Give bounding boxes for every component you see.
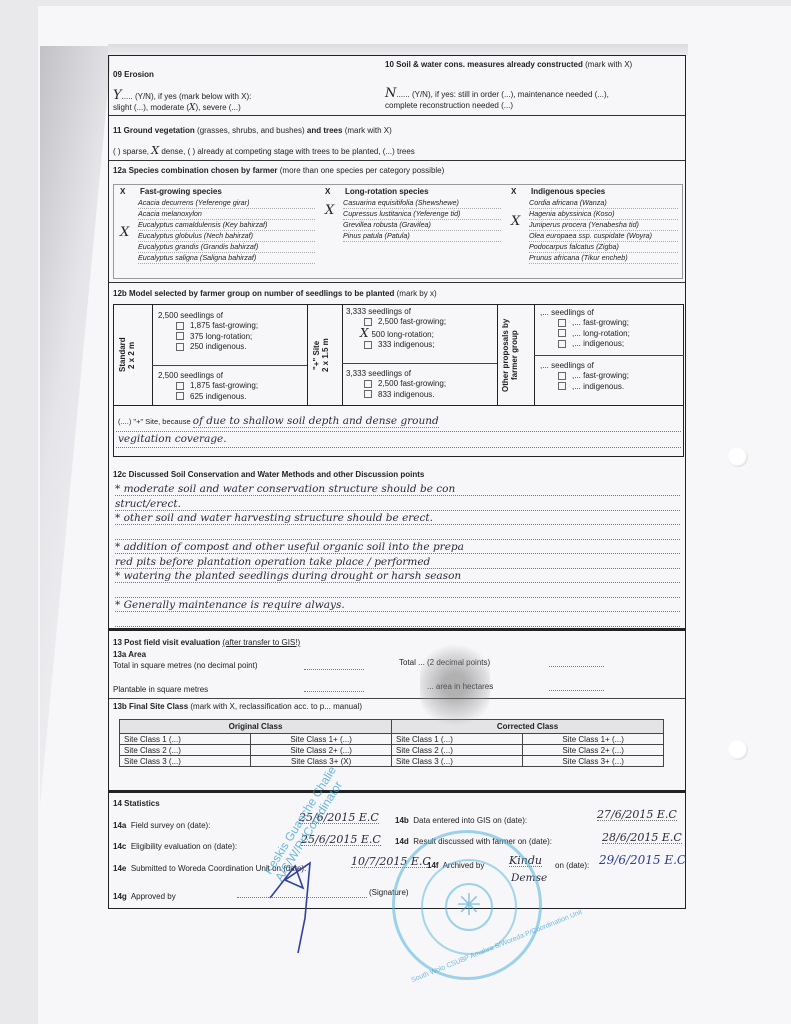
erosion-answer-line: Y..... (Y/N), if yes (mark below with X)… [113,91,251,102]
seedling-model-option[interactable]: ,... long-rotation; [540,329,630,339]
archived-on-label: on (date): [555,861,589,871]
plus-site-label: "+" Site2 x 1.5 m [312,305,340,405]
erosion-title: 09 Erosion [113,70,154,80]
result-discussed-date[interactable]: 28/6/2015 E.C [602,833,682,844]
erosion-answer[interactable]: Y [113,88,122,103]
total-sqm-label: Total in square metres (no decimal point… [113,661,258,671]
post-field-title: 13 Post field visit evaluation (after tr… [113,638,300,648]
seedling-model-option[interactable]: ,... fast-growing; [540,318,630,328]
signature-scribble-icon [265,858,325,958]
site-class-option[interactable]: Site Class 2 (...) [391,745,522,756]
checkbox[interactable] [176,382,184,390]
standard-option-a[interactable]: 2,500 seedlings of1,875 fast-growing;375… [158,311,258,352]
round-stamp: ✳ South Wolo CSUBP Amahra S/Woreda P/Coo… [392,830,542,980]
site-class-option[interactable]: Site Class 3 (...) [391,756,522,767]
discussion-line[interactable]: struct/erect. [115,498,680,511]
seedling-model-heading: ,... seedlings of [540,308,630,318]
site-class-row: Site Class 1 (...)Site Class 1+ (...)Sit… [120,734,664,745]
seedling-model-option[interactable]: 1,875 fast-growing; [158,381,258,391]
dense-mark[interactable]: X [151,144,159,157]
discussion-title: 12c Discussed Soil Conservation and Wate… [113,470,424,480]
ground-vegetation-title: 11 Ground vegetation (grasses, shrubs, a… [113,126,392,136]
discussion-line[interactable]: * moderate soil and water conservation s… [115,483,680,496]
species-option[interactable]: Eucalyptus grandis (Grandis bahirzaf) [138,242,315,253]
plantable-sqm-label: Plantable in square metres [113,685,208,695]
seedling-model-heading: 3,333 seedlings of [346,369,446,379]
seedling-model-option[interactable]: 375 long-rotation; [158,332,258,342]
species-option[interactable]: Acacia melanoxylon [138,209,315,220]
discussion-line[interactable]: * other soil and water harvesting struct… [115,512,680,525]
ground-vegetation-options: ( ) sparse, X dense, ( ) already at comp… [113,146,415,157]
species-table: XFast-growing speciesAcacia decurrens (Y… [113,184,683,279]
checkbox[interactable]: X [360,326,369,340]
punch-hole [728,447,748,467]
species-option[interactable]: Cordia africana (Wanza) [529,198,678,209]
erosion-severity: slight (...), moderate (X), severe (...) [113,103,241,113]
star-emblem-icon: ✳ [445,883,493,931]
discussion-line[interactable] [115,614,680,627]
section-12b: 12b Model selected by farmer group on nu… [109,283,685,463]
species-column-header: Indigenous species [531,187,605,197]
species-option[interactable]: Prunus africana (Tikur encheb) [529,253,678,264]
checkbox[interactable] [558,382,566,390]
seedling-model-heading: 2,500 seedlings of [158,371,258,381]
plus-site-option-b[interactable]: 3,333 seedlings of2,500 fast-growing;833… [346,369,446,400]
seedling-model-option[interactable]: ,... indigenous. [540,382,629,392]
seedling-model-heading: 3,333 seedlings of [346,307,446,317]
seedling-model-heading: 2,500 seedlings of [158,311,258,321]
species-column-header: Fast-growing species [140,187,222,197]
species-option[interactable]: Podocarpus falcatus (Zigba) [529,242,678,253]
site-class-option[interactable]: Site Class 3+ (...) [523,756,664,767]
site-class-option[interactable]: Site Class 2 (...) [120,745,251,756]
site-class-option[interactable]: Site Class 3 (...) [120,756,251,767]
checkbox[interactable] [364,341,372,349]
discussion-line[interactable]: * addition of compost and other useful o… [115,541,680,554]
seedling-model-option[interactable]: 625 indigenous. [158,392,258,402]
mark-column-header: X [511,187,516,197]
species-option[interactable]: Grevillea robusta (Gravilea) [343,220,501,231]
mark-column-header: X [325,187,330,197]
checkbox[interactable] [558,319,566,327]
site-class-option[interactable]: Site Class 2+ (...) [251,745,392,756]
species-option[interactable]: Pinus patula (Patula) [343,231,501,242]
checkbox[interactable] [364,318,372,326]
swc-line2: complete reconstruction needed (...) [385,101,513,111]
plus-site-reason: (....) "+" Site, because of due to shall… [118,416,439,427]
species-column: XLong-rotation speciesCasuarina equisiti… [319,185,505,278]
discussion-line[interactable]: * watering the planted seedlings during … [115,570,680,583]
checkbox[interactable] [176,392,184,400]
checkbox[interactable] [364,390,372,398]
section-11: 11 Ground vegetation (grasses, shrubs, a… [109,116,685,161]
mark-column-header: X [120,187,125,197]
section-13: 13 Post field visit evaluation (after tr… [109,631,685,793]
species-option[interactable]: Eucalyptus globulus (Nech bahirzaf) [138,231,315,242]
eligibility-label: 14c Eligibility evaluation on (date): [113,842,237,852]
area-subtitle: 13a Area [113,650,146,660]
species-selected-mark: X [325,206,334,216]
species-option[interactable]: Casuarina equisitifolia (Shewshewe) [343,198,501,209]
species-column: XFast-growing speciesAcacia decurrens (Y… [114,185,319,278]
standard-option-b[interactable]: 2,500 seedlings of1,875 fast-growing;625… [158,371,258,402]
seedling-model-option[interactable]: 1,875 fast-growing; [158,321,258,331]
site-class-option[interactable]: Site Class 1+ (...) [523,734,664,745]
model-table: Standard2 x 2 m 2,500 seedlings of1,875 … [113,304,684,457]
standard-label: Standard2 x 2 m [118,305,148,405]
seedling-model-option[interactable]: 250 indigenous. [158,342,258,352]
seedling-model-option[interactable]: ,... indigenous; [540,339,630,349]
seedling-model-option[interactable]: X500 long-rotation; [346,328,446,340]
gis-entry-label: 14b Data entered into GIS on (date): [395,816,527,826]
other-proposals-label: Other proposals byfarmer group [501,305,531,405]
site-class-option[interactable]: Site Class 2+ (...) [523,745,664,756]
plantable-sqm-field[interactable] [304,683,364,692]
model-title: 12b Model selected by farmer group on nu… [113,289,437,299]
section-12c: 12c Discussed Soil Conservation and Wate… [109,463,685,631]
species-selected-mark: X [120,228,129,238]
seedling-model-option[interactable]: 333 indigenous; [346,340,446,350]
checkbox[interactable] [364,380,372,388]
site-class-option[interactable]: Site Class 3+ (X) [251,756,392,767]
seedling-model-option[interactable]: ,... fast-growing; [540,371,629,381]
other-option-a[interactable]: ,... seedlings of,... fast-growing;,... … [540,308,630,349]
total-ha-field[interactable] [549,658,604,667]
archived-date[interactable]: 29/6/2015 E.C [599,855,686,865]
swc-title: 10 Soil & water cons. measures already c… [385,60,632,70]
checkbox[interactable] [176,343,184,351]
checkbox[interactable] [558,340,566,348]
approved-label: 14g Approved by [113,892,176,902]
seedling-model-option[interactable]: 833 indigenous. [346,390,446,400]
plus-site-reason-text-2[interactable]: vegitation coverage. [118,434,227,444]
species-option[interactable]: Juniperus procera (Yenabesha tid) [529,220,678,231]
gis-entry-date[interactable]: 27/6/2015 E.C [597,810,677,821]
seedling-model-option[interactable]: 2,500 fast-growing; [346,379,446,389]
site-class-option[interactable]: Site Class 1 (...) [391,734,522,745]
species-option[interactable]: Eucalyptus saligna (Saligna bahirzaf) [138,253,315,264]
plantable-ha-field[interactable] [549,682,604,691]
site-class-row: Site Class 2 (...)Site Class 2+ (...)Sit… [120,745,664,756]
site-class-option[interactable]: Site Class 1+ (...) [251,734,392,745]
species-option[interactable]: Cupressus lustitanica (Yeferenge tid) [343,209,501,220]
site-class-title: 13b Final Site Class (mark with X, recla… [113,702,362,712]
plus-site-reason-text[interactable]: of due to shallow soil depth and dense g… [193,415,439,428]
site-class-table: Original ClassCorrected ClassSite Class … [119,719,664,767]
species-option[interactable]: Acacia decurrens (Yeferenge girar) [138,198,315,209]
checkbox[interactable] [558,329,566,337]
site-class-option[interactable]: Site Class 1 (...) [120,734,251,745]
species-option[interactable]: Hagenia abyssinica (Koso) [529,209,678,220]
statistics-title: 14 Statistics [113,799,160,809]
species-option[interactable]: Olea europaea ssp. cuspidate (Woyra) [529,231,678,242]
species-option[interactable]: Eucalyptus camaldulensis (Key bahirzaf) [138,220,315,231]
plus-site-option-a[interactable]: 3,333 seedlings of2,500 fast-growing;X50… [346,307,446,350]
species-title: 12a Species combination chosen by farmer… [113,166,444,176]
species-selected-mark: X [511,217,520,227]
other-option-b[interactable]: ,... seedlings of,... fast-growing;,... … [540,361,629,392]
swc-answer[interactable]: N [385,86,396,101]
site-class-row: Site Class 3 (...)Site Class 3+ (X)Site … [120,756,664,767]
field-survey-label: 14a Field survey on (date): [113,821,210,831]
ink-smudge [420,640,490,730]
discussion-line[interactable] [115,527,680,540]
species-column: XIndigenous speciesCordia africana (Wanz… [505,185,682,278]
discussion-line[interactable]: * Generally maintenance is require alway… [115,599,680,612]
discussion-line[interactable]: red pits before plantation operation tak… [115,556,680,569]
site-assessment-form: 09 Erosion Y..... (Y/N), if yes (mark be… [108,55,686,909]
checkbox[interactable] [558,372,566,380]
swc-answer-line: N...... (Y/N), if yes: still in order (.… [385,89,609,100]
seedling-model-heading: ,... seedlings of [540,361,629,371]
checkbox[interactable] [176,322,184,330]
discussion-line[interactable] [115,585,680,598]
species-column-header: Long-rotation species [345,187,429,197]
checkbox[interactable] [176,332,184,340]
section-09-10: 09 Erosion Y..... (Y/N), if yes (mark be… [109,56,685,116]
section-12a: 12a Species combination chosen by farmer… [109,161,685,283]
original-class-header: Original Class [120,720,392,734]
total-sqm-field[interactable] [304,661,364,670]
punch-hole [728,740,748,760]
